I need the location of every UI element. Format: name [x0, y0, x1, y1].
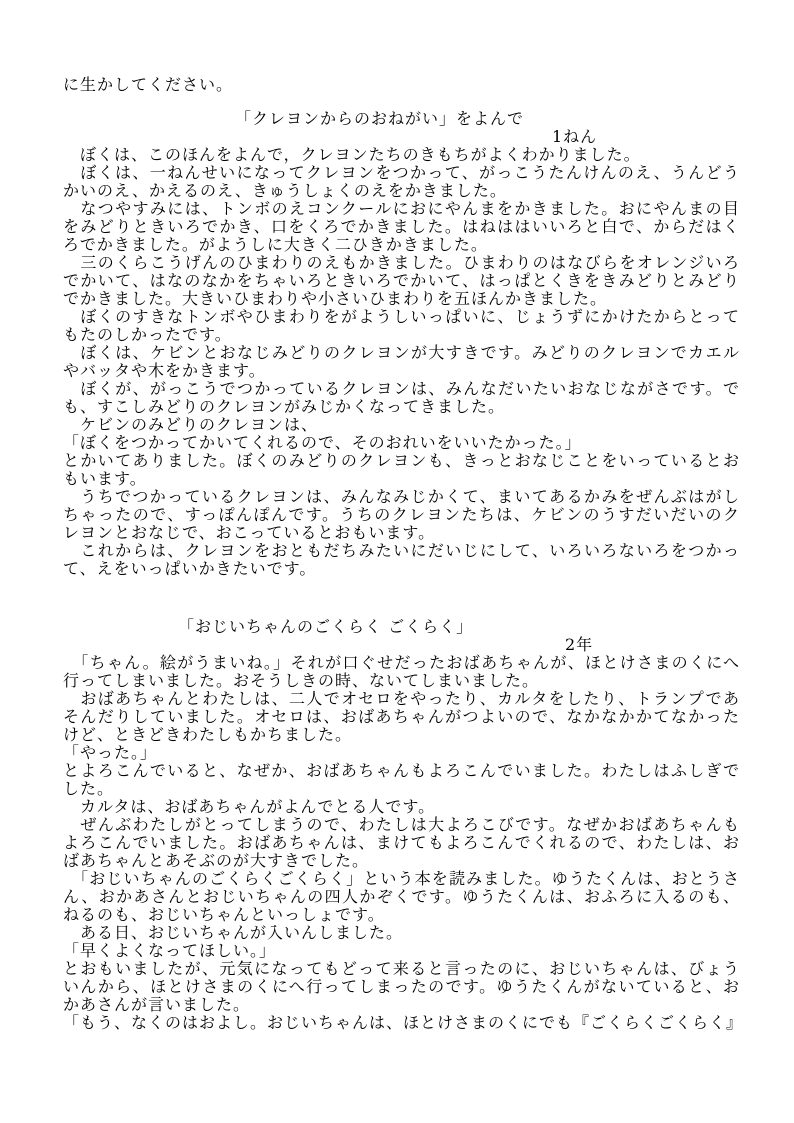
- essay-title: 「おじいちゃんのごくらく ごくらく」: [178, 618, 740, 636]
- paragraph: 三のくらこうげんのひまわりのえもかきました。ひまわりのはなびらをオレンジいろでか…: [63, 254, 740, 308]
- paragraph: これからは、クレヨンをおともだちみたいにだいじにして、いろいろないろをつかって、…: [63, 542, 740, 578]
- paragraph: 「おじいちゃんのごくらくごくらく」という本を読みました。ゆうたくんは、おとうさん…: [63, 870, 740, 924]
- paragraph: ぼくは、一ねんせいになってクレヨンをつかって、がっこうたんけんのえ、うんどうかい…: [63, 164, 740, 200]
- paragraph: うちでつかっているクレヨンは、みんなみじかくて、まいてあるかみをぜんぶはがしちゃ…: [63, 488, 740, 542]
- paragraph: 「ちゃん。絵がうまいね。」それが口ぐせだったおばあちゃんが、ほとけさまのくにへ行…: [63, 654, 740, 690]
- paragraph: ぼくのすきなトンボやひまわりをがようしいっぱいに、じょうずにかけたからとってもた…: [63, 308, 740, 344]
- paragraph: ぼくは、ケビンとおなじみどりのクレヨンが大すきです。みどりのクレヨンでカエルやバ…: [63, 344, 740, 380]
- paragraph: 「ぼくをつかってかいてくれるので、そのおれいをいいたかった。」: [63, 434, 740, 452]
- paragraph: 「やった。」: [63, 744, 740, 762]
- paragraph: ぼくは、このほんをよんで，クレヨンたちのきもちがよくわかりました。: [63, 146, 740, 164]
- essay-body: 「ちゃん。絵がうまいね。」それが口ぐせだったおばあちゃんが、ほとけさまのくにへ行…: [63, 654, 740, 1032]
- paragraph: ケビンのみどりのクレヨンは、: [63, 416, 740, 434]
- paragraph: とかいてありました。ぼくのみどりのクレヨンも、きっとおなじことをいっているとおも…: [63, 452, 740, 488]
- essay-gokuraku: 「おじいちゃんのごくらく ごくらく」 2年 「ちゃん。絵がうまいね。」それが口ぐ…: [63, 618, 740, 1032]
- paragraph: なつやすみには、トンボのえコンクールにおにやんまをかきました。おにやんまの目をみ…: [63, 200, 740, 254]
- essay-crayon: 「クレヨンからのおねがい」をよんで 1ねん ぼくは、このほんをよんで，クレヨンた…: [63, 110, 740, 578]
- paragraph: カルタは、おばあちゃんがよんでとる人です。: [63, 798, 740, 816]
- paragraph: ぜんぶわたしがとってしまうので、わたしは大よろこびです。なぜかおばあちゃんもよろ…: [63, 816, 740, 870]
- essay-grade: 2年: [565, 636, 740, 654]
- essay-title: 「クレヨンからのおねがい」をよんで: [235, 110, 740, 128]
- essay-body: ぼくは、このほんをよんで，クレヨンたちのきもちがよくわかりました。 ぼくは、一ね…: [63, 146, 740, 578]
- continuation-line: に生かしてください。: [63, 76, 740, 94]
- document-page: に生かしてください。 「クレヨンからのおねがい」をよんで 1ねん ぼくは、このほ…: [0, 0, 794, 1123]
- paragraph: ある日、おじいちゃんが入いんしました。: [63, 924, 740, 942]
- paragraph: とよろこんでいると、なぜか、おばあちゃんもよろこんでいました。わたしはふしぎでし…: [63, 762, 740, 798]
- paragraph: ぼくが、がっこうでつかっているクレヨンは、みんなだいたいおなじながさです。でも、…: [63, 380, 740, 416]
- paragraph: おばあちゃんとわたしは、二人でオセロをやったり、カルタをしたり、トランプであそん…: [63, 690, 740, 744]
- paragraph: 「早くよくなってほしい。」: [63, 942, 740, 960]
- essay-grade: 1ねん: [552, 128, 740, 146]
- paragraph: 「もう、なくのはおよし。おじいちゃんは、ほとけさまのくにでも『ごくらくごくらく』: [63, 1014, 740, 1032]
- paragraph: とおもいましたが、元気になってもどって来ると言ったのに、おじいちゃんは、びょうい…: [63, 960, 740, 1014]
